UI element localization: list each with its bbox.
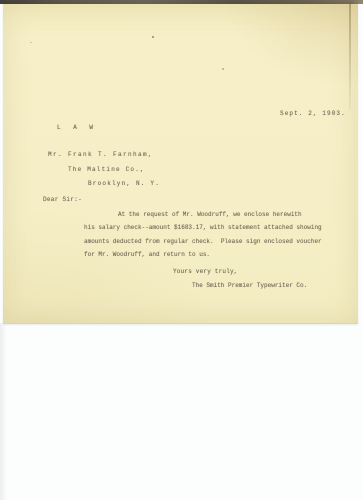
salutation: Dear Sir:- — [43, 196, 82, 204]
letter-paper: Sept. 2, 1903. L A W Mr. Frank T. Farnha… — [3, 2, 358, 324]
body-line: amounts deducted from regular check. Ple… — [84, 238, 322, 246]
body-line: for Mr. Woodruff, and return to us. — [84, 251, 210, 259]
body-line: his salary check--amount $1683.17, with … — [84, 224, 322, 232]
scan-top-edge — [0, 0, 363, 4]
recipient-name: Mr. Frank T. Farnham, — [48, 151, 153, 159]
scan-background-edge — [0, 323, 7, 500]
recipient-city: Brooklyn, N. Y. — [88, 180, 160, 188]
date-line: Sept. 2, 1903. — [280, 110, 346, 118]
paper-edge-crease — [349, 2, 351, 110]
body-line: At the request of Mr. Woodruff, we enclo… — [118, 211, 302, 219]
reference-initials: L A W — [57, 124, 98, 132]
paper-speck — [152, 36, 154, 38]
signature-line: The Smith Premier Typewriter Co. — [192, 282, 307, 290]
paper-speck — [222, 68, 224, 70]
closing-line: Yours very truly, — [173, 268, 238, 276]
scanned-letter-page: Sept. 2, 1903. L A W Mr. Frank T. Farnha… — [0, 0, 363, 500]
paper-speck — [30, 42, 32, 43]
recipient-company: The Maltine Co., — [68, 166, 145, 174]
